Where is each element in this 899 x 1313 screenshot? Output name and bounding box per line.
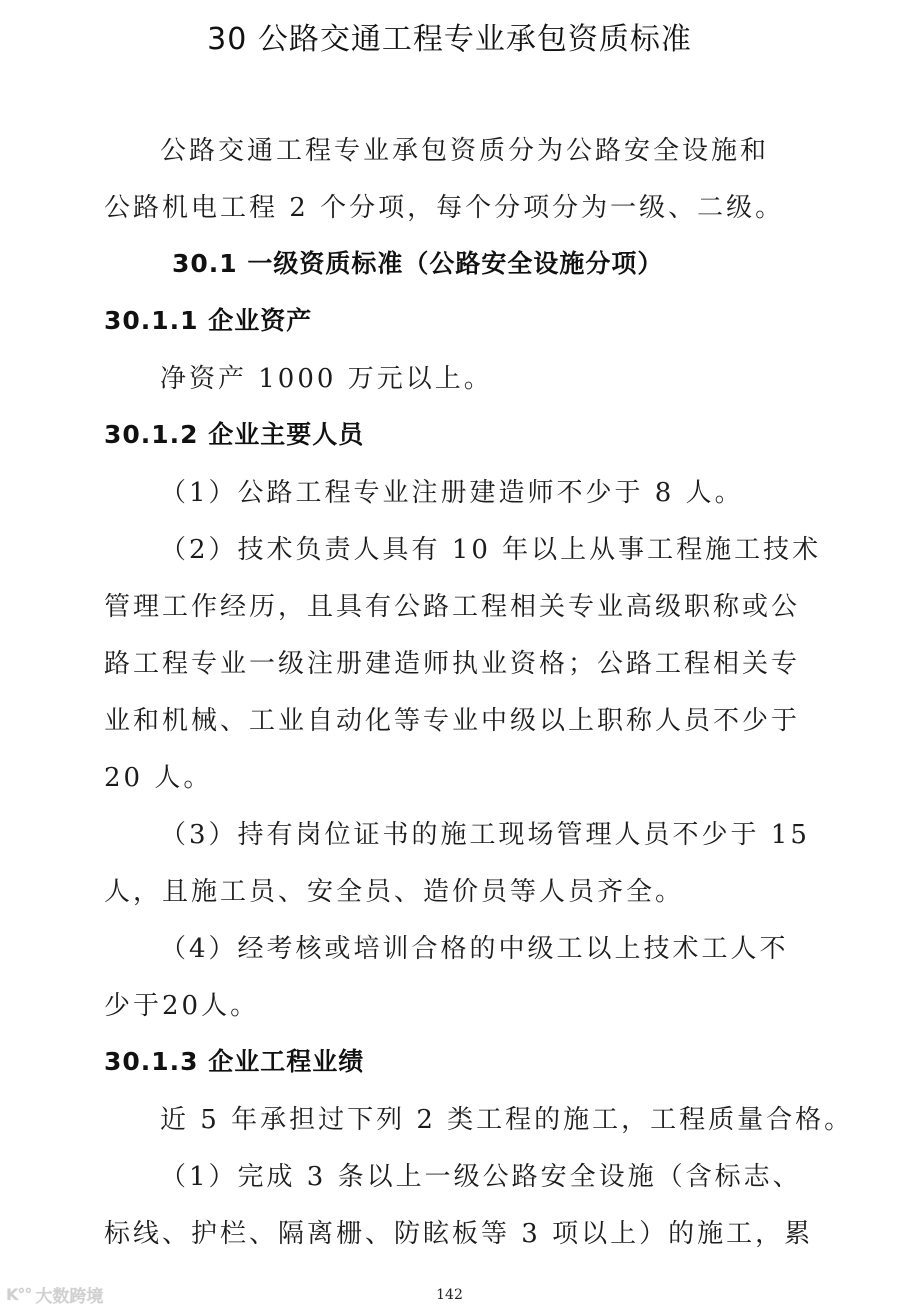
personnel-line-5: 业和机械、工业自动化等专业中级以上职称人员不少于 [104,700,800,737]
personnel-line-6: 20 人。 [104,757,212,794]
subsection-heading-performance: 30.1.3 企业工程业绩 [104,1042,364,1078]
performance-line-3: 标线、护栏、隔离栅、防眩板等 3 项以上）的施工，累 [104,1213,813,1250]
watermark-text: 大数跨境 [35,1282,103,1307]
subsection-heading-assets: 30.1.1 企业资产 [104,301,312,337]
watermark-logo-icon: K°° [6,1285,31,1304]
document-page: 30 公路交通工程专业承包资质标准 公路交通工程专业承包资质分为公路安全设施和 … [0,0,899,1313]
personnel-line-4: 路工程专业一级注册建造师执业资格；公路工程相关专 [104,643,800,680]
subsection-heading-personnel: 30.1.2 企业主要人员 [104,415,364,451]
personnel-line-10: 少于20人。 [104,985,259,1022]
personnel-line-9: （4）经考核或培训合格的中级工以上技术工人不 [160,928,789,965]
performance-line-2: （1）完成 3 条以上一级公路安全设施（含标志、 [160,1156,802,1193]
personnel-line-1: （1）公路工程专业注册建造师不少于 8 人。 [160,472,744,509]
personnel-line-2: （2）技术负责人具有 10 年以上从事工程施工技术 [160,529,821,566]
performance-line-1: 近 5 年承担过下列 2 类工程的施工，工程质量合格。 [160,1099,853,1136]
section-heading: 30.1 一级资质标准（公路安全设施分项） [172,244,663,280]
page-number: 142 [0,1287,899,1303]
personnel-line-8: 人，且施工员、安全员、造价员等人员齐全。 [104,871,684,908]
document-title: 30 公路交通工程专业承包资质标准 [0,14,899,58]
intro-line-1: 公路交通工程专业承包资质分为公路安全设施和 [160,130,769,167]
personnel-line-7: （3）持有岗位证书的施工现场管理人员不少于 15 [160,814,810,851]
assets-line-1: 净资产 1000 万元以上。 [160,358,493,395]
watermark: K°° 大数跨境 [6,1282,103,1307]
intro-line-2: 公路机电工程 2 个分项，每个分项分为一级、二级。 [104,187,784,224]
personnel-line-3: 管理工作经历，且具有公路工程相关专业高级职称或公 [104,586,800,623]
